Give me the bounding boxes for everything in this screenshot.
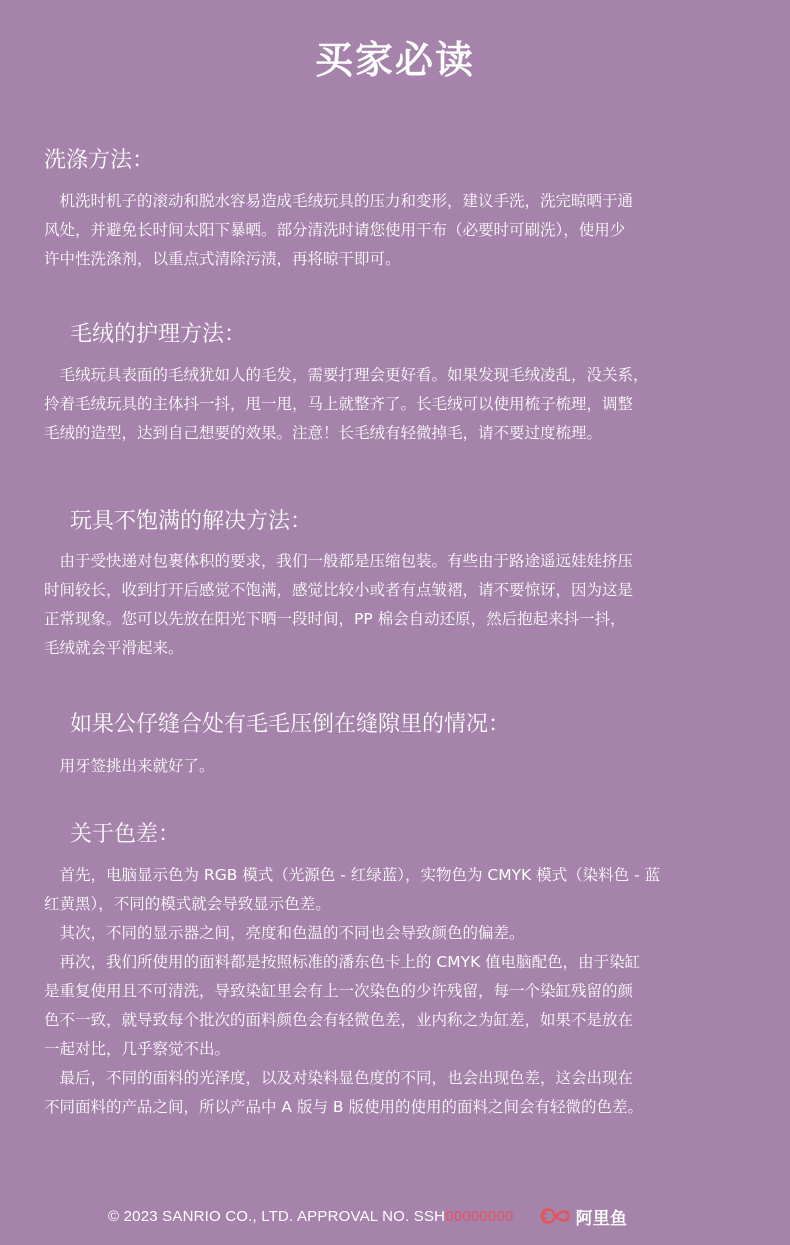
text-line: 是重复使用且不可清洗，导致染缸里会有上一次染色的少许残留，每一个染缸残留的颜 (44, 977, 744, 1006)
text-line: 毛绒的造型，达到自己想要的效果。注意！长毛绒有轻微掉毛，请不要过度梳理。 (44, 419, 744, 448)
text-line: 正常现象。您可以先放在阳光下晒一段时间，PP 棉会自动还原，然后抱起来抖一抖， (44, 605, 744, 634)
text-line: 时间较长，收到打开后感觉不饱满，感觉比较小或者有点皱褶，请不要惊讶，因为这是 (44, 576, 744, 605)
section-body-seam-fluff: 用牙签挑出来就好了。 (44, 752, 744, 781)
section-heading-not-full: 玩具不饱满的解决方法： (70, 507, 312, 537)
text-line: 首先，电脑显示色为 RGB 模式（光源色 - 红绿蓝），实物色为 CMYK 模式… (44, 861, 744, 890)
text-line: 一起对比，几乎察觉不出。 (44, 1035, 744, 1064)
text-line: 风处，并避免长时间太阳下暴晒。部分清洗时请您使用干布（必要时可刷洗），使用少 (44, 216, 744, 245)
text-line: 拎着毛绒玩具的主体抖一抖，甩一甩，马上就整齐了。长毛绒可以使用梳子梳理，调整 (44, 390, 744, 419)
section-body-not-full: 由于受快递对包裹体积的要求，我们一般都是压缩包装。有些由于路途遥远娃娃挤压 时间… (44, 547, 744, 663)
text-line: 其次，不同的显示器之间，亮度和色温的不同也会导致颜色的偏差。 (44, 919, 744, 948)
text-line: 红黄黑），不同的模式就会导致显示色差。 (44, 890, 744, 919)
text-line: 由于受快递对包裹体积的要求，我们一般都是压缩包装。有些由于路途遥远娃娃挤压 (44, 547, 744, 576)
text-line: 许中性洗涤剂，以重点式清除污渍，再将晾干即可。 (44, 245, 744, 274)
text-line: 不同面料的产品之间，所以产品中 A 版与 B 版使用的使用的面料之间会有轻微的色… (44, 1093, 744, 1122)
alifish-logo-icon (538, 1207, 572, 1225)
section-body-color-difference: 首先，电脑显示色为 RGB 模式（光源色 - 红绿蓝），实物色为 CMYK 模式… (44, 861, 744, 1122)
approval-number: 00000000 (445, 1208, 513, 1225)
footer: © 2023 SANRIO CO., LTD. APPROVAL NO. SSH… (108, 1203, 627, 1229)
text-line: 色不一致，就导致每个批次的面料颜色会有轻微色差，业内称之为缸差，如果不是放在 (44, 1006, 744, 1035)
section-body-washing: 机洗时机子的滚动和脱水容易造成毛绒玩具的压力和变形，建议手洗，洗完晾晒于通 风处… (44, 187, 744, 274)
page-title: 买家必读 (0, 34, 790, 86)
section-heading-plush-care: 毛绒的护理方法： (70, 320, 246, 350)
text-line: 用牙签挑出来就好了。 (44, 752, 744, 781)
text-line: 最后，不同的面料的光泽度，以及对染料显色度的不同，也会出现色差，这会出现在 (44, 1064, 744, 1093)
section-heading-color-difference: 关于色差： (70, 820, 180, 850)
text-line: 机洗时机子的滚动和脱水容易造成毛绒玩具的压力和变形，建议手洗，洗完晾晒于通 (44, 187, 744, 216)
alifish-logo: 阿里鱼 (538, 1204, 628, 1229)
text-line: 再次，我们所使用的面料都是按照标准的潘东色卡上的 CMYK 值电脑配色，由于染缸 (44, 948, 744, 977)
section-heading-seam-fluff: 如果公仔缝合处有毛毛压倒在缝隙里的情况： (70, 710, 510, 740)
text-line: 毛绒就会平滑起来。 (44, 634, 744, 663)
alifish-logo-text: 阿里鱼 (576, 1204, 628, 1229)
text-line: 毛绒玩具表面的毛绒犹如人的毛发，需要打理会更好看。如果发现毛绒凌乱，没关系， (44, 361, 744, 390)
section-heading-washing: 洗涤方法： (44, 146, 154, 176)
copyright-text: © 2023 SANRIO CO., LTD. APPROVAL NO. SSH (108, 1208, 445, 1225)
section-body-plush-care: 毛绒玩具表面的毛绒犹如人的毛发，需要打理会更好看。如果发现毛绒凌乱，没关系， 拎… (44, 361, 744, 448)
